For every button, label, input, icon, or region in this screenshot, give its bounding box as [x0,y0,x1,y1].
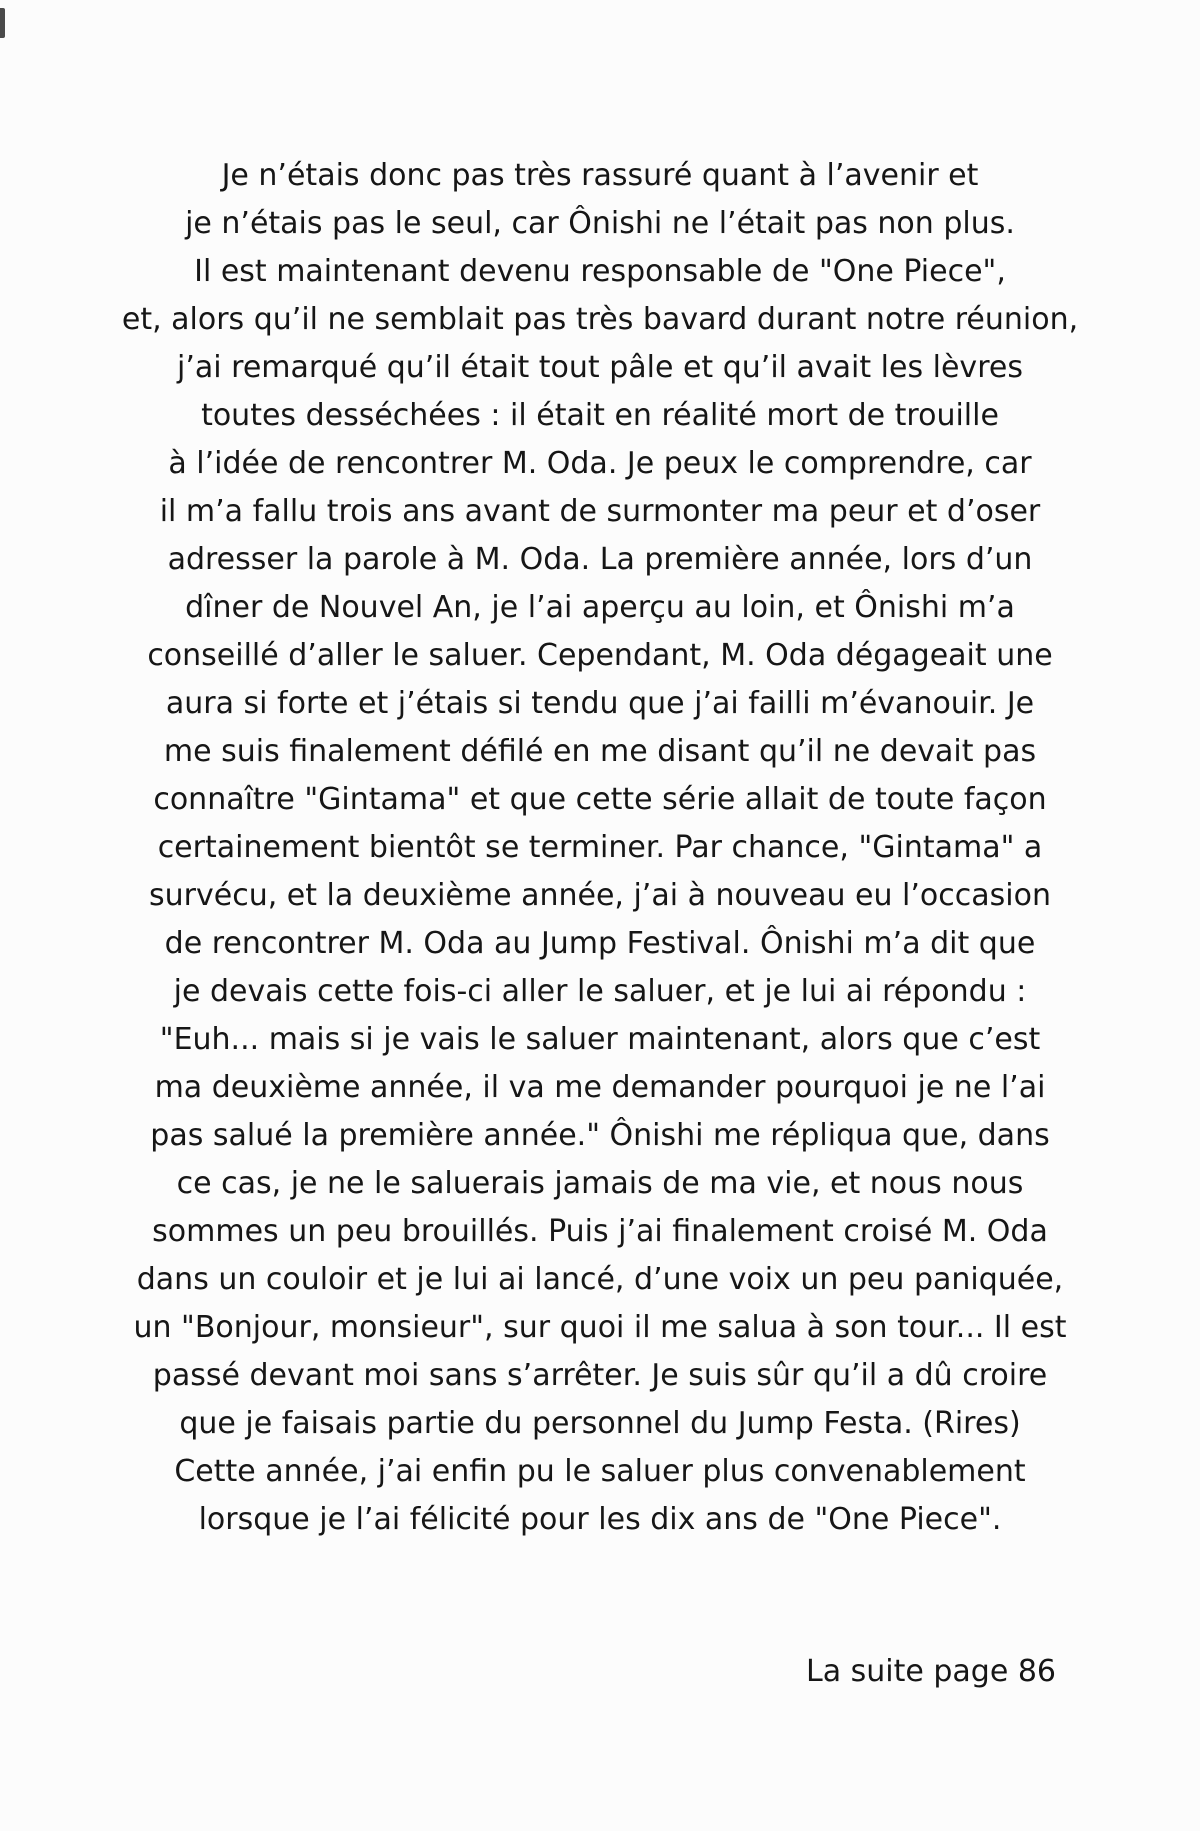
scan-edge-artifact [0,8,5,38]
manga-page: Je n’étais donc pas très rassuré quant à… [0,0,1200,1831]
continuation-note: La suite page 86 [806,1652,1056,1692]
author-note-text: Je n’étais donc pas très rassuré quant à… [50,152,1150,1544]
